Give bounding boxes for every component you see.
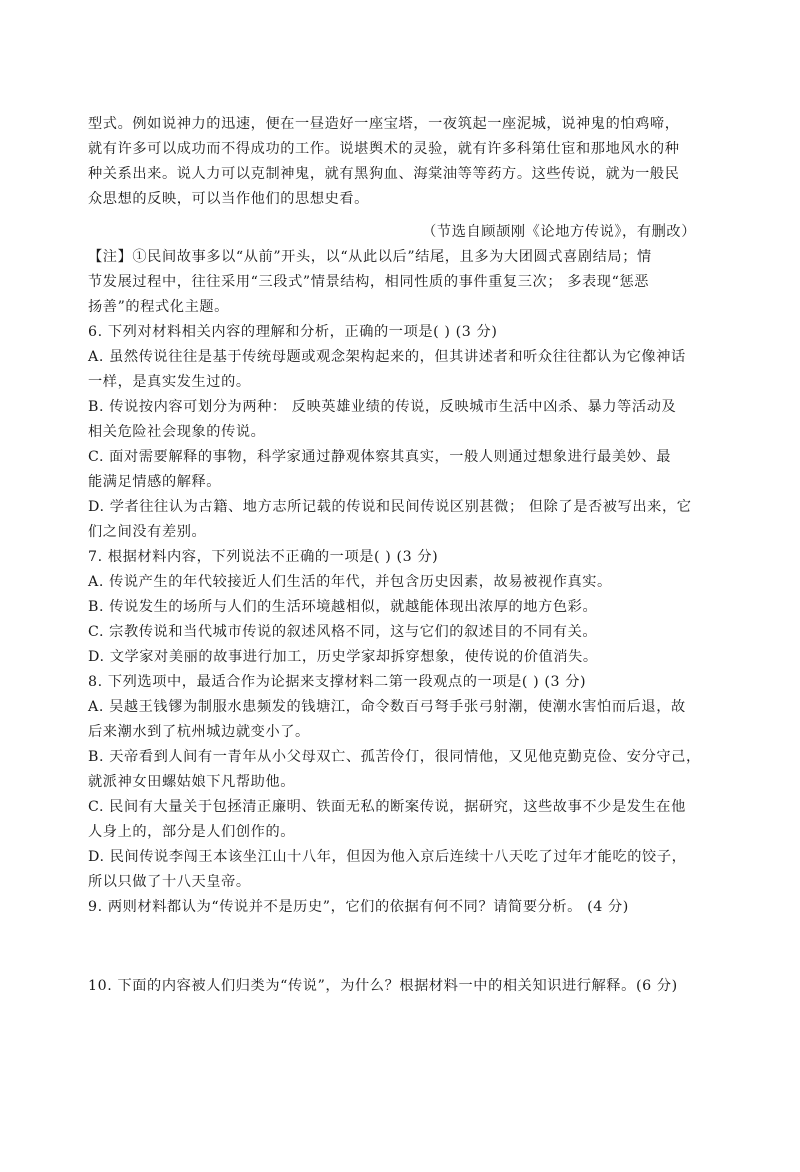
exam-page: 型式。例如说神力的迅速，便在一昼造好一座宝塔，一夜筑起一座泥城，说神鬼的怕鸡啼，…	[88, 112, 708, 999]
option-text: D. 民间传说李闯王本该坐江山十八年，但因为他入京后连续十八天吃了过年才能吃的饺…	[88, 845, 708, 870]
option-b: B. 天帝看到人间有一青年从小父母双亡、孤苦伶仃，很同情他，又见他克勤克俭、安分…	[88, 745, 708, 795]
question-6: 6. 下列对材料相关内容的理解和分析，正确的一项是( ) (3 分) A. 虽然…	[88, 320, 708, 545]
question-stem: 6. 下列对材料相关内容的理解和分析，正确的一项是( ) (3 分)	[88, 320, 708, 345]
option-d: D. 民间传说李闯王本该坐江山十八年，但因为他入京后连续十八天吃了过年才能吃的饺…	[88, 845, 708, 895]
option-text: 一样，是真实发生过的。	[88, 370, 708, 395]
option-text: A. 吴越王钱镠为制服水患频发的钱塘江，命令数百弓弩手张弓射潮，使潮水害怕而后退…	[88, 695, 708, 720]
option-text: 们之间没有差别。	[88, 520, 708, 545]
option-a: A. 传说产生的年代较接近人们生活的年代，并包含历史因素，故易被视作真实。	[88, 570, 708, 595]
option-a: A. 虽然传说往往是基于传统母题或观念架构起来的，但其讲述者和听众往往都认为它像…	[88, 345, 708, 395]
note-label: 【注】	[88, 249, 132, 265]
question-stem: 9. 两则材料都认为“传说并不是历史”，它们的依据有何不同？请简要分析。 (4 …	[88, 895, 708, 920]
question-stem: 10. 下面的内容被人们归类为“传说”，为什么？根据材料一中的相关知识进行解释。…	[88, 974, 708, 999]
question-stem: 8. 下列选项中，最适合作为论据来支撑材料二第一段观点的一项是( ) (3 分)	[88, 670, 708, 695]
question-stem: 7. 根据材料内容，下列说法不正确的一项是( ) (3 分)	[88, 545, 708, 570]
note-block: 【注】①民间故事多以“从前”开头，以“从此以后”结尾，且多为大团圆式喜剧结局；情…	[88, 245, 708, 320]
option-c: C. 宗教传说和当代城市传说的叙述风格不同，这与它们的叙述目的不同有关。	[88, 620, 708, 645]
option-a: A. 吴越王钱镠为制服水患频发的钱塘江，命令数百弓弩手张弓射潮，使潮水害怕而后退…	[88, 695, 708, 745]
option-text: B. 传说按内容可划分为两种： 反映英雄业绩的传说，反映城市生活中凶杀、暴力等活…	[88, 395, 708, 420]
option-b: B. 传说按内容可划分为两种： 反映英雄业绩的传说，反映城市生活中凶杀、暴力等活…	[88, 395, 708, 445]
excerpt-line: 就有许多可以成功而不得成功的工作。说堪舆术的灵验，就有许多科第仕宦和那地风水的种	[88, 137, 708, 162]
question-10: 10. 下面的内容被人们归类为“传说”，为什么？根据材料一中的相关知识进行解释。…	[88, 974, 708, 999]
note-line: ①民间故事多以“从前”开头，以“从此以后”结尾，且多为大团圆式喜剧结局；情	[132, 249, 651, 265]
excerpt-line: 种关系出来。说人力可以克制神鬼，就有黑狗血、海棠油等等药方。这些传说，就为一般民	[88, 162, 708, 187]
question-7: 7. 根据材料内容，下列说法不正确的一项是( ) (3 分) A. 传说产生的年…	[88, 545, 708, 670]
option-text: 能满足情感的解释。	[88, 470, 708, 495]
source-citation: （节选自顾颉刚《论地方传说》，有删改）	[88, 220, 708, 245]
option-c: C. 面对需要解释的事物，科学家通过静观体察其真实，一般人则通过想象进行最美妙、…	[88, 445, 708, 495]
question-8: 8. 下列选项中，最适合作为论据来支撑材料二第一段观点的一项是( ) (3 分)…	[88, 670, 708, 895]
option-text: 相关危险社会现象的传说。	[88, 420, 708, 445]
option-text: A. 虽然传说往往是基于传统母题或观念架构起来的，但其讲述者和听众往往都认为它像…	[88, 345, 708, 370]
excerpt-line: 型式。例如说神力的迅速，便在一昼造好一座宝塔，一夜筑起一座泥城，说神鬼的怕鸡啼，	[88, 112, 708, 137]
excerpt-line: 众思想的反映，可以当作他们的思想史看。	[88, 187, 708, 212]
option-text: B. 天帝看到人间有一青年从小父母双亡、孤苦伶仃，很同情他，又见他克勤克俭、安分…	[88, 745, 708, 770]
answer-space	[88, 920, 708, 974]
note-line: 节发展过程中，往往采用“三段式”情景结构，相同性质的事件重复三次； 多表现“惩恶	[88, 270, 708, 295]
option-d: D. 学者往往认为古籍、地方志所记载的传说和民间传说区别甚微； 但除了是否被写出…	[88, 495, 708, 545]
option-d: D. 文学家对美丽的故事进行加工，历史学家却拆穿想象，使传说的价值消失。	[88, 645, 708, 670]
option-c: C. 民间有大量关于包拯清正廉明、铁面无私的断案传说，据研究，这些故事不少是发生…	[88, 795, 708, 845]
option-text: C. 民间有大量关于包拯清正廉明、铁面无私的断案传说，据研究，这些故事不少是发生…	[88, 795, 708, 820]
option-text: C. 面对需要解释的事物，科学家通过静观体察其真实，一般人则通过想象进行最美妙、…	[88, 445, 708, 470]
question-9: 9. 两则材料都认为“传说并不是历史”，它们的依据有何不同？请简要分析。 (4 …	[88, 895, 708, 920]
option-text: D. 学者往往认为古籍、地方志所记载的传说和民间传说区别甚微； 但除了是否被写出…	[88, 495, 708, 520]
note-line: 扬善”的程式化主题。	[88, 295, 708, 320]
option-b: B. 传说发生的场所与人们的生活环境越相似，就越能体现出浓厚的地方色彩。	[88, 595, 708, 620]
option-text: 就派神女田螺姑娘下凡帮助他。	[88, 770, 708, 795]
material-excerpt: 型式。例如说神力的迅速，便在一昼造好一座宝塔，一夜筑起一座泥城，说神鬼的怕鸡啼，…	[88, 112, 708, 245]
option-text: 人身上的，部分是人们创作的。	[88, 820, 708, 845]
option-text: 所以只做了十八天皇帝。	[88, 870, 708, 895]
option-text: 后来潮水到了杭州城边就变小了。	[88, 720, 708, 745]
